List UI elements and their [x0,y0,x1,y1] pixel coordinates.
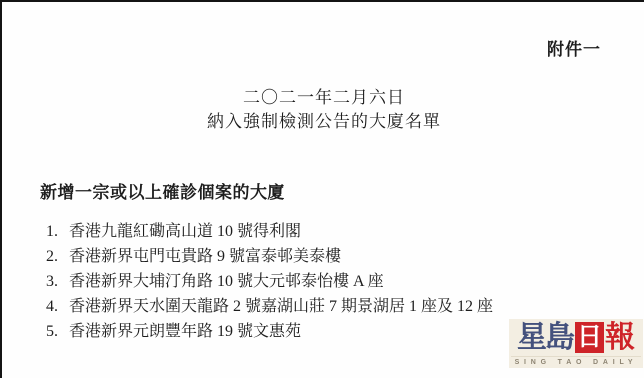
list-item-number: 4. [46,294,69,319]
list-item-number: 2. [46,244,69,269]
document-date: 二〇二一年二月六日 [2,83,644,108]
list-item-text: 香港九龍紅磡高山道 10 號得利閣 [69,219,301,244]
logo-wordmark: 星島 日 報 [511,321,641,354]
list-item-number: 1. [46,219,69,244]
logo-subtitle: SING TAO DAILY [511,356,641,366]
logo-red-square-character: 日 [575,322,604,353]
annex-label: 附件一 [547,35,601,60]
list-item-number: 3. [46,269,69,294]
list-item: 2. 香港新界屯門屯貴路 9 號富泰邨美泰樓 [46,244,606,269]
list-item-text: 香港新界元朗豐年路 19 號文惠苑 [69,319,301,344]
sing-tao-daily-logo: 星島 日 報 SING TAO DAILY [509,319,643,368]
logo-text-blue: 星島 [517,323,573,353]
list-item: 3. 香港新界大埔汀角路 10 號大元邨泰怡樓 A 座 [46,269,606,294]
list-item-text: 香港新界屯門屯貴路 9 號富泰邨美泰樓 [69,244,341,269]
list-item-number: 5. [46,319,69,344]
list-item-text: 香港新界天水圍天龍路 2 號嘉湖山莊 7 期景湖居 1 座及 12 座 [69,294,493,319]
list-item-text: 香港新界大埔汀角路 10 號大元邨泰怡樓 A 座 [69,269,384,294]
list-item: 4. 香港新界天水圍天龍路 2 號嘉湖山莊 7 期景湖居 1 座及 12 座 [46,294,606,319]
document-page: 附件一 二〇二一年二月六日 納入強制檢測公告的大廈名單 新增一宗或以上確診個案的… [0,0,644,378]
logo-text-red: 報 [605,323,635,353]
list-item: 1. 香港九龍紅磡高山道 10 號得利閣 [46,219,606,244]
section-heading: 新增一宗或以上確診個案的大廈 [40,178,285,203]
document-title: 納入強制檢測公告的大廈名單 [2,107,644,132]
